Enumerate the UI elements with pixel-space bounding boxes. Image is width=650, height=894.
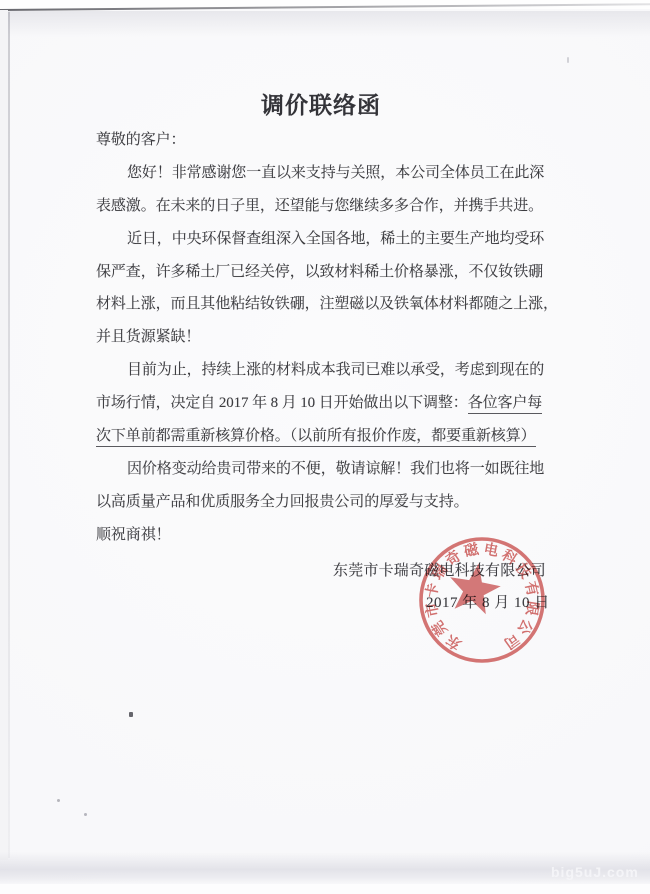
paragraph-line: 近日，中央环保督查组深入全国各地，稀土的主要生产地均受环: [96, 223, 560, 256]
paragraph-line: 以高质量产品和优质服务全力回报贵公司的厚爱与支持。: [96, 486, 560, 519]
underlined-text: 各位客户每: [468, 395, 543, 414]
paragraph-line: 保严查，许多稀土厂已经关停，以致材料稀土价格暴涨，不仅钕铁硼: [96, 256, 560, 289]
paragraph-line-with-underline: 市场行情，决定自 2017 年 8 月 10 日开始做出以下调整：各位客户每: [96, 387, 560, 420]
letter-body: 尊敬的客户： 您好！非常感谢您一直以来支持与关照，本公司全体员工在此深 表感激。…: [96, 124, 560, 552]
scanned-document-page: big5uJ.com 调价联络函 尊敬的客户： 您好！非常感谢您一直以来支持与关…: [0, 0, 650, 894]
letter-title: 调价联络函: [96, 87, 546, 120]
paragraph-line: 目前为止，持续上涨的材料成本我司已难以承受，考虑到现在的: [96, 354, 560, 387]
faint-watermark: big5uJ.com: [551, 864, 639, 880]
scan-speck: [57, 799, 60, 802]
paragraph-line: 材料上涨，而且其他粘结钕铁硼，注塑磁以及铁氧体材料都随之上涨，: [96, 288, 560, 321]
paper-edge-left: [8, 12, 10, 858]
paper-shadow-top: [0, 11, 650, 37]
paragraph-line: 因价格变动给贵司带来的不便，敬请谅解！我们也将一如既往地: [96, 453, 560, 486]
scanner-margin-left: [0, 10, 8, 860]
scan-speck: [84, 813, 87, 816]
paragraph-line: 您好！非常感谢您一直以来支持与关照，本公司全体员工在此深: [96, 157, 560, 190]
plain-text: 市场行情，决定自 2017 年 8 月 10 日开始做出以下调整：: [96, 395, 468, 411]
seal-star-icon: [450, 563, 501, 614]
paragraph-line: 并且货源紧缺！: [96, 321, 560, 354]
paragraph-line: 表感激。在未来的日子里，还望能与您继续多多合作，并携手共进。: [96, 190, 560, 223]
company-seal-stamp: 东莞市卡瑞奇磁电科技有限公司: [402, 520, 562, 680]
scan-speck: [567, 57, 569, 63]
scanner-margin-bottom: [0, 884, 650, 894]
greeting-line: 尊敬的客户：: [96, 124, 560, 157]
paragraph-line-with-underline: 次下单前都需重新核算价格。（以前所有报价作废，都要重新核算）: [96, 420, 560, 453]
underlined-text: 次下单前都需重新核算价格。（以前所有报价作废，都要重新核算）: [96, 428, 536, 447]
scan-speck: [129, 712, 133, 717]
